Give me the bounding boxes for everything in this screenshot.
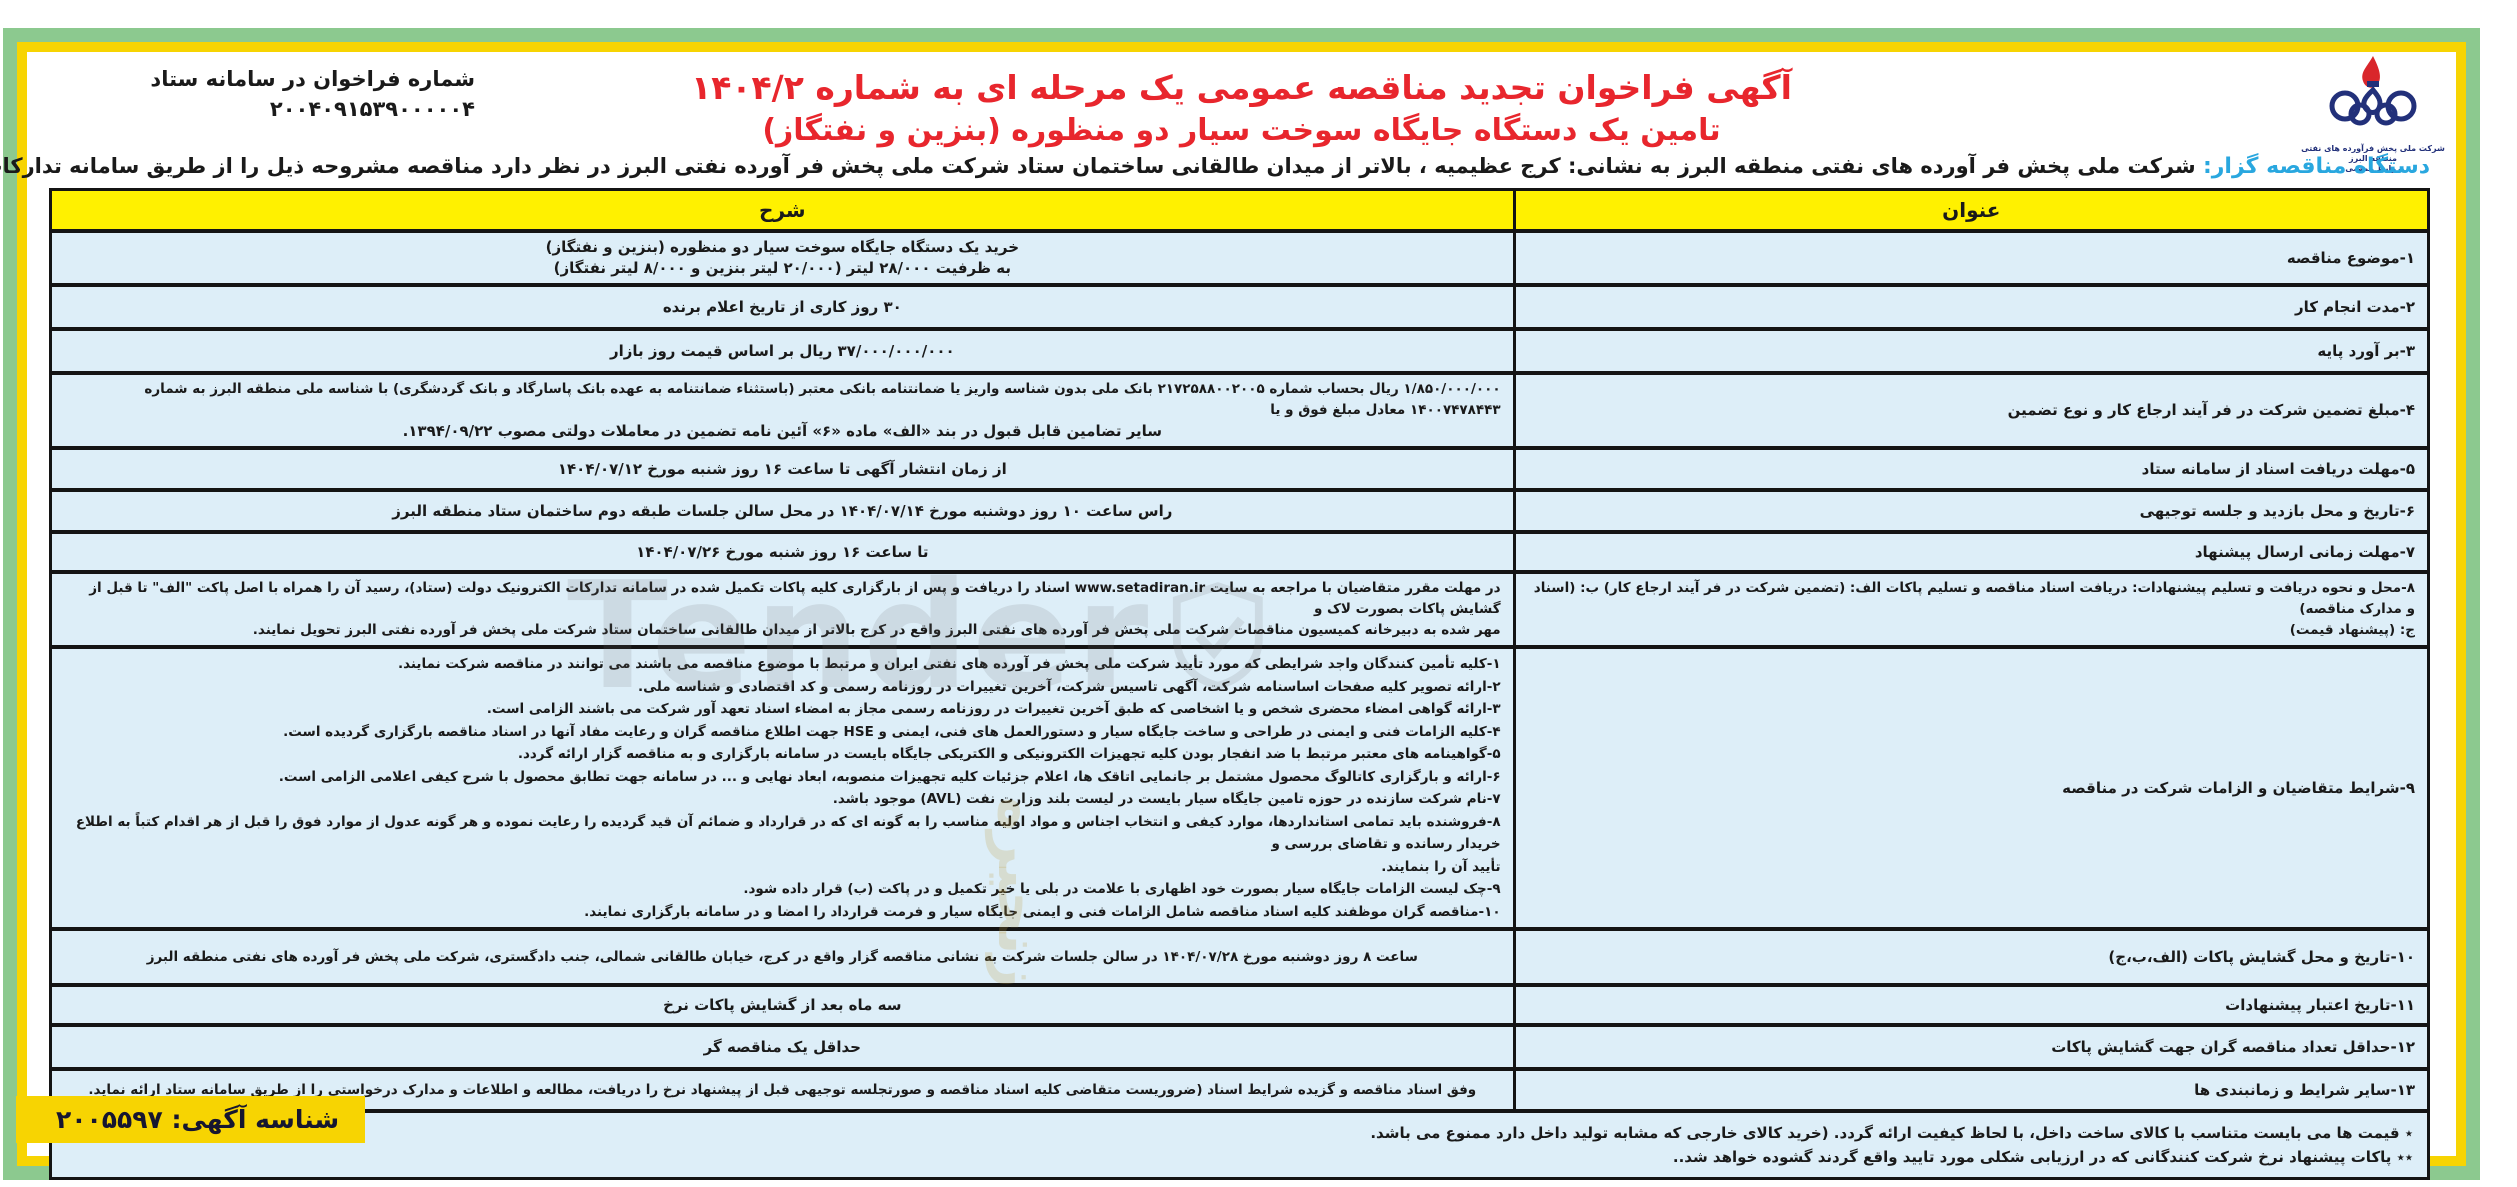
- desc-line: راس ساعت ۱۰ روز دوشنبه مورخ ۱۴۰۴/۰۷/۱۴ د…: [64, 501, 1501, 522]
- header-desc-cell: شرح: [52, 191, 1513, 229]
- desc-line: ۱-کلیه تأمین کنندگان واجد شرایطی که مورد…: [64, 653, 1501, 676]
- desc-line: در مهلت مقرر متقاضیان با مراجعه به سایت …: [64, 578, 1501, 620]
- table-row-5-doc-deadline: ۵-مهلت دریافت اسناد از سامانه ستاد از زم…: [52, 446, 2427, 488]
- header-title-cell: عنوان: [1513, 191, 2427, 229]
- content-area: شماره فراخوان در سامانه ستاد ۲۰۰۴۰۹۱۵۳۹۰…: [27, 52, 2456, 1156]
- table-row-1-subject: ۱-موضوع مناقصه خرید یک دستگاه جایگاه سوخ…: [52, 229, 2427, 283]
- table-row-13-other: ۱۳-سایر شرایط و زمانبندی ها وفق اسناد من…: [52, 1067, 2427, 1109]
- table-row-10-opening: ۱۰-تاریخ و محل گشایش پاکات (الف،ب،ج) ساع…: [52, 927, 2427, 983]
- row-title: ۲-مدت انجام کار: [1513, 287, 2427, 327]
- table-row-9-conditions: ۹-شرایط متقاضیان و الزامات شرکت در مناقص…: [52, 645, 2427, 927]
- row-title: ۷-مهلت زمانی ارسال پیشنهاد: [1513, 534, 2427, 570]
- table-row-12-min-bidders: ۱۲-حداقل تعداد مناقصه گران جهت گشایش پاک…: [52, 1023, 2427, 1067]
- row-title: ۳-بر آورد پایه: [1513, 331, 2427, 371]
- table-notes-row: ٭ قیمت ها می بایست متناسب با کالای ساخت …: [52, 1109, 2427, 1177]
- desc-line: ۳۷/۰۰۰/۰۰۰/۰۰۰ ریال بر اساس قیمت روز باز…: [64, 341, 1501, 362]
- desc-line: ۱۰-مناقصه گران موظفند کلیه اسناد مناقصه …: [64, 901, 1501, 924]
- desc-line: سایر تضامین قابل قبول در بند «الف» ماده …: [64, 421, 1501, 442]
- row-desc: سه ماه بعد از گشایش پاکات نرخ: [52, 987, 1513, 1023]
- row-title: ۸-محل و نحوه دریافت و تسلیم پیشنهادات: د…: [1513, 574, 2427, 645]
- row-desc: ساعت ۸ روز دوشنبه مورخ ۱۴۰۴/۰۷/۲۸ در سال…: [52, 931, 1513, 983]
- table-row-2-duration: ۲-مدت انجام کار ۳۰ روز کاری از تاریخ اعل…: [52, 283, 2427, 327]
- desc-line: ساعت ۸ روز دوشنبه مورخ ۱۴۰۴/۰۷/۲۸ در سال…: [64, 947, 1501, 968]
- desc-line: خرید یک دستگاه جایگاه سوخت سیار دو منظور…: [64, 237, 1501, 258]
- desc-line: ۷-نام شرکت سازنده در حوزه تامین جایگاه س…: [64, 788, 1501, 811]
- title-line: ج: (پیشنهاد قیمت): [1528, 620, 2415, 641]
- announcement-title: آگهی فراخوان تجدید مناقصه عمومی یک مرحله…: [457, 66, 2026, 152]
- desc-line: به ظرفیت ۲۸/۰۰۰ لیتر (۲۰/۰۰۰ لیتر بنزین …: [64, 258, 1501, 279]
- title-line-2: تامین یک دستگاه جایگاه سوخت سیار دو منظو…: [457, 110, 2026, 152]
- tender-table: عنوان شرح ۱-موضوع مناقصه خرید یک دستگاه …: [49, 188, 2430, 1180]
- desc-line: ۵-گواهینامه های معتبر مرتبط با ضد انفجار…: [64, 743, 1501, 766]
- agency-label: دستگاه مناقصه گزار:: [2203, 154, 2430, 179]
- desc-line: مهر شده به دبیرخانه کمیسیون مناقصات شرکت…: [64, 620, 1501, 641]
- row-title: ۶-تاریخ و محل بازدید و جلسه توجیهی: [1513, 492, 2427, 530]
- row-desc: ۱-کلیه تأمین کنندگان واجد شرایطی که مورد…: [52, 649, 1513, 927]
- agency-line: دستگاه مناقصه گزار: شرکت ملی پخش فر آورد…: [43, 154, 2430, 179]
- row-title: ۹-شرایط متقاضیان و الزامات شرکت در مناقص…: [1513, 649, 2427, 927]
- row-desc: راس ساعت ۱۰ روز دوشنبه مورخ ۱۴۰۴/۰۷/۱۴ د…: [52, 492, 1513, 530]
- row-title: ۴-مبلغ تضمین شرکت در فر آیند ارجاع کار و…: [1513, 375, 2427, 446]
- table-row-7-proposal-deadline: ۷-مهلت زمانی ارسال پیشنهاد تا ساعت ۱۶ رو…: [52, 530, 2427, 570]
- table-row-8-submission: ۸-محل و نحوه دریافت و تسلیم پیشنهادات: د…: [52, 570, 2427, 645]
- row-title: ۱۱-تاریخ اعتبار پیشنهادات: [1513, 987, 2427, 1023]
- agency-text: شرکت ملی پخش فر آورده های نفتی منطقه الب…: [0, 154, 2196, 178]
- row-title: ۱-موضوع مناقصه: [1513, 233, 2427, 283]
- note-line: ٭ قیمت ها می بایست متناسب با کالای ساخت …: [66, 1121, 2413, 1145]
- desc-line: ۳۰ روز کاری از تاریخ اعلام برنده: [64, 297, 1501, 318]
- desc-line: ۶-ارائه و بارگزاری کاتالوگ محصول مشتمل ب…: [64, 766, 1501, 789]
- desc-line: ۴-کلیه الزامات فنی و ایمنی در طراحی و سا…: [64, 721, 1501, 744]
- desc-line: حداقل یک مناقصه گر: [64, 1037, 1501, 1058]
- ad-id-badge: شناسه آگهی: ۲۰۰۵۵۹۷: [16, 1096, 365, 1143]
- note-line: ٭٭ پاکات پیشنهاد نرخ شرکت کنندگانی که در…: [66, 1145, 2413, 1169]
- table-row-4-guarantee: ۴-مبلغ تضمین شرکت در فر آیند ارجاع کار و…: [52, 371, 2427, 446]
- title-line-1: آگهی فراخوان تجدید مناقصه عمومی یک مرحله…: [457, 66, 2026, 110]
- row-desc: خرید یک دستگاه جایگاه سوخت سیار دو منظور…: [52, 233, 1513, 283]
- table-row-6-site-visit: ۶-تاریخ و محل بازدید و جلسه توجیهی راس س…: [52, 488, 2427, 530]
- desc-line: سه ماه بعد از گشایش پاکات نرخ: [64, 995, 1501, 1016]
- setad-reference-block: شماره فراخوان در سامانه ستاد ۲۰۰۴۰۹۱۵۳۹۰…: [55, 64, 475, 124]
- row-desc: حداقل یک مناقصه گر: [52, 1027, 1513, 1067]
- row-title: ۱۰-تاریخ و محل گشایش پاکات (الف،ب،ج): [1513, 931, 2427, 983]
- logo-caption-1: شرکت ملی پخش فرآورده های نفتی: [2298, 144, 2448, 154]
- notes-cell: ٭ قیمت ها می بایست متناسب با کالای ساخت …: [52, 1113, 2427, 1177]
- table-header-row: عنوان شرح: [52, 191, 2427, 229]
- desc-line: ۳-ارائه گواهی امضاء محضری شخص و یا اشخاص…: [64, 698, 1501, 721]
- setad-reference-number: ۲۰۰۴۰۹۱۵۳۹۰۰۰۰۰۴: [55, 94, 475, 124]
- green-frame: شماره فراخوان در سامانه ستاد ۲۰۰۴۰۹۱۵۳۹۰…: [3, 28, 2480, 1180]
- desc-line: تأیید آن را بنمایند.: [64, 856, 1501, 879]
- desc-line: از زمان انتشار آگهی تا ساعت ۱۶ روز شنبه …: [64, 459, 1501, 480]
- row-desc: از زمان انتشار آگهی تا ساعت ۱۶ روز شنبه …: [52, 450, 1513, 488]
- row-desc: در مهلت مقرر متقاضیان با مراجعه به سایت …: [52, 574, 1513, 645]
- title-line: ۸-محل و نحوه دریافت و تسلیم پیشنهادات: د…: [1528, 578, 2415, 620]
- row-desc: تا ساعت ۱۶ روز شنبه مورخ ۱۴۰۴/۰۷/۲۶: [52, 534, 1513, 570]
- row-desc: ۳۷/۰۰۰/۰۰۰/۰۰۰ ریال بر اساس قیمت روز باز…: [52, 331, 1513, 371]
- yellow-frame: شماره فراخوان در سامانه ستاد ۲۰۰۴۰۹۱۵۳۹۰…: [17, 42, 2466, 1166]
- setad-reference-label: شماره فراخوان در سامانه ستاد: [55, 64, 475, 94]
- tender-announcement-page: شماره فراخوان در سامانه ستاد ۲۰۰۴۰۹۱۵۳۹۰…: [0, 0, 2517, 1187]
- desc-line: ۹-چک لیست الزامات جایگاه سیار بصورت خود …: [64, 878, 1501, 901]
- row-title: ۱۲-حداقل تعداد مناقصه گران جهت گشایش پاک…: [1513, 1027, 2427, 1067]
- table-row-3-estimate: ۳-بر آورد پایه ۳۷/۰۰۰/۰۰۰/۰۰۰ ریال بر اس…: [52, 327, 2427, 371]
- row-desc: ۳۰ روز کاری از تاریخ اعلام برنده: [52, 287, 1513, 327]
- nioc-logo-icon: [2313, 54, 2433, 140]
- desc-line: تا ساعت ۱۶ روز شنبه مورخ ۱۴۰۴/۰۷/۲۶: [64, 542, 1501, 563]
- desc-line: ۱/۸۵۰/۰۰۰/۰۰۰ ریال بحساب شماره ۲۱۷۲۵۸۸۰۰…: [64, 379, 1501, 421]
- row-desc: ۱/۸۵۰/۰۰۰/۰۰۰ ریال بحساب شماره ۲۱۷۲۵۸۸۰۰…: [52, 375, 1513, 446]
- row-title: ۱۳-سایر شرایط و زمانبندی ها: [1513, 1071, 2427, 1109]
- desc-line: ۲-ارائه تصویر کلیه صفحات اساسنامه شرکت، …: [64, 676, 1501, 699]
- desc-line: ۸-فروشنده باید تمامی استانداردها، موارد …: [64, 811, 1501, 856]
- row-title: ۵-مهلت دریافت اسناد از سامانه ستاد: [1513, 450, 2427, 488]
- table-row-11-validity: ۱۱-تاریخ اعتبار پیشنهادات سه ماه بعد از …: [52, 983, 2427, 1023]
